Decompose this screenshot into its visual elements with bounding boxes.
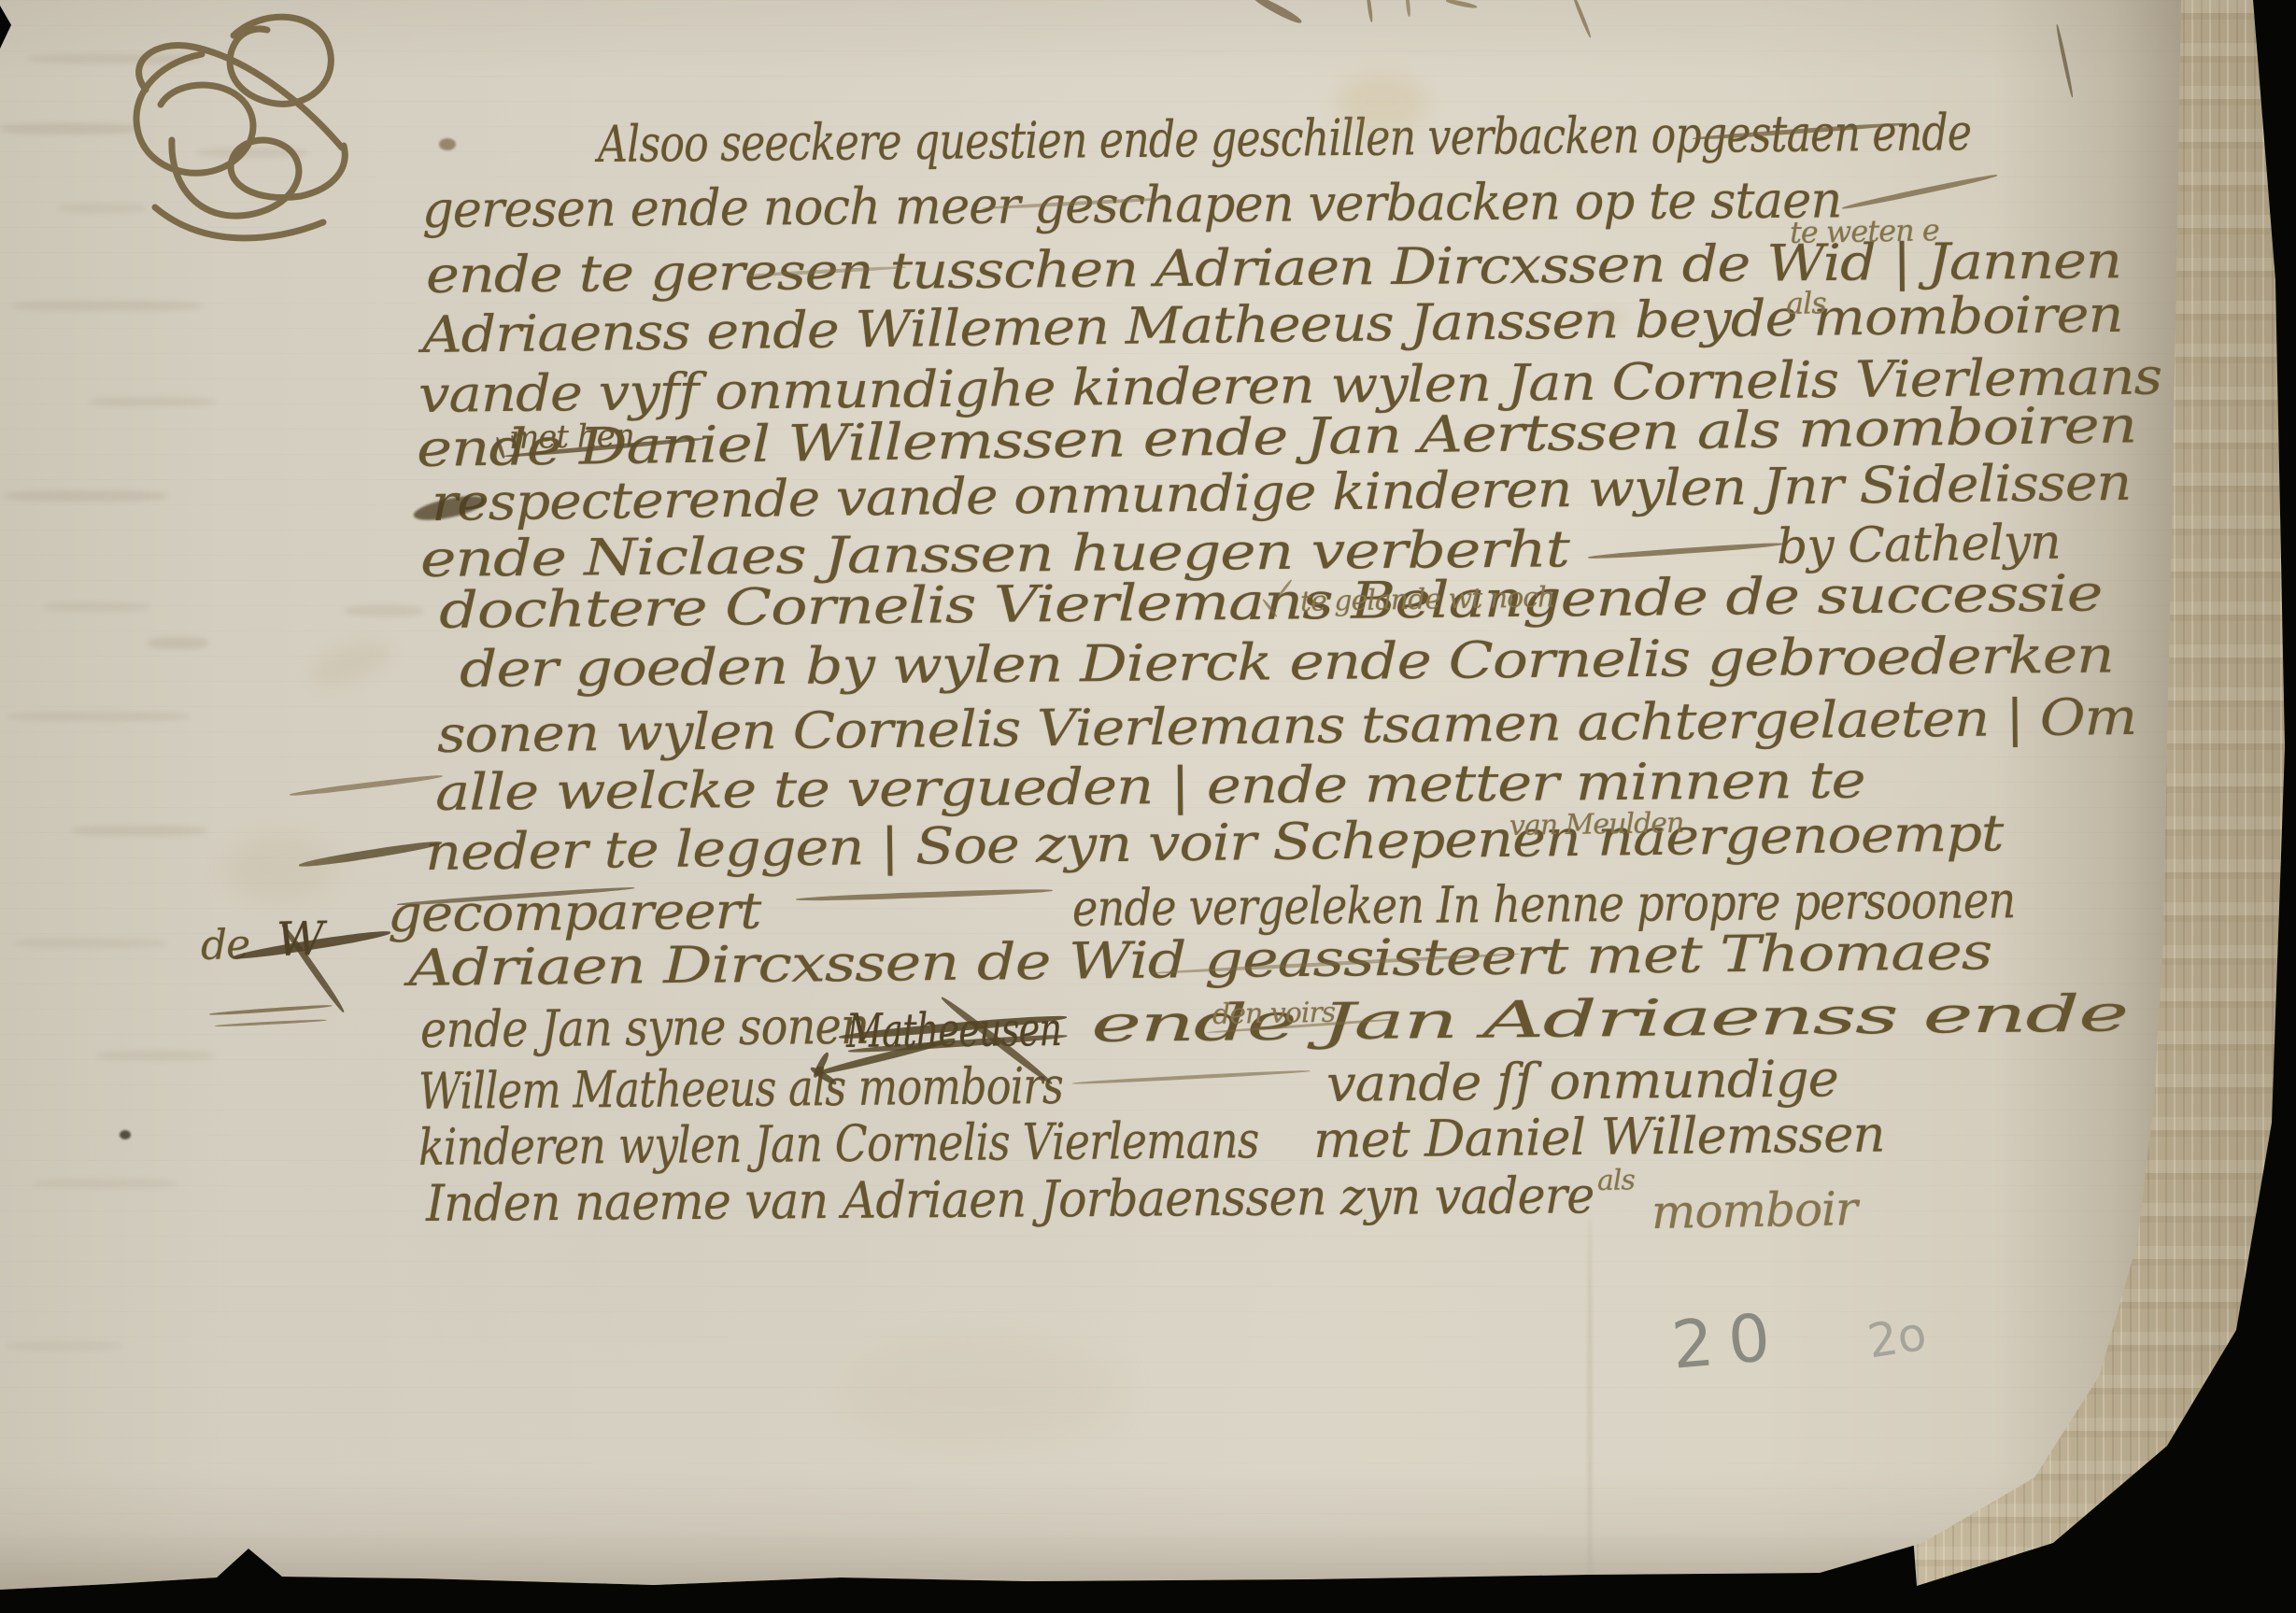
bleed-through-ghost	[196, 148, 308, 158]
ink-stroke	[1405, 0, 1411, 17]
interlinear-insertion: als	[1786, 285, 1826, 321]
ink-stroke	[209, 1004, 333, 1016]
manuscript-line: ende Jan syne sonen	[420, 996, 869, 1058]
manuscript-line: Inden naeme van Adriaen Jorbaenssen zyn …	[426, 1166, 1594, 1233]
bleed-through-ghost	[28, 54, 201, 64]
ink-stain	[224, 833, 336, 904]
bleed-through-ghost	[344, 605, 423, 616]
ink-stain	[841, 1336, 1121, 1448]
interlinear-insertion: van Meulden	[1509, 807, 1684, 842]
bleed-through-ghost	[4, 490, 167, 502]
ink-stroke	[1366, 0, 1373, 22]
ink-stroke	[1252, 0, 1303, 26]
bleed-through-ghost	[34, 1179, 178, 1188]
bleed-through-ghost	[71, 826, 206, 836]
bleed-through-ghost	[97, 1051, 214, 1060]
interlinear-insertion: te weten e	[1790, 212, 1939, 250]
ink-stain	[439, 138, 456, 150]
ink-stroke	[796, 887, 1053, 902]
manuscript-page: Alsoo seeckere questien ende geschillen …	[0, 0, 2296, 1613]
ink-stain	[120, 1130, 131, 1139]
manuscript-line: geresen ende noch meer geschapen verback…	[422, 170, 1842, 239]
pencil-annotation-secondary: 2o	[1864, 1307, 1930, 1369]
interlinear-insertion: te gelande wt noch	[1300, 582, 1555, 619]
ink-stroke	[215, 1019, 327, 1027]
interlinear-insertion: de	[201, 921, 250, 969]
interlinear-insertion: als	[1597, 1165, 1635, 1198]
ink-stain	[305, 631, 396, 695]
manuscript-line: vande ſſ onmundige	[1326, 1049, 1838, 1113]
bleed-through-ghost	[148, 637, 208, 649]
ink-stroke	[1841, 173, 1998, 211]
interlinear-insertion: momboir	[1651, 1181, 1857, 1239]
bleed-through-ghost	[6, 1341, 122, 1351]
manuscript-photo: Alsoo seeckere questien ende geschillen …	[0, 0, 2296, 1613]
calligraphic-initial-flourish	[114, 4, 376, 256]
bleed-through-ghost	[11, 301, 203, 311]
ink-stain	[1588, 310, 1625, 325]
ink-stroke	[1571, 0, 1592, 38]
bleed-through-ghost	[7, 712, 190, 721]
ink-stroke	[290, 773, 444, 798]
page-bottom-shadow	[0, 1529, 2186, 1594]
ink-stroke	[1072, 1069, 1311, 1085]
bleed-through-ghost	[0, 123, 140, 134]
manuscript-line: Alsoo seeckere questien ende geschillen …	[598, 103, 1972, 174]
ink-stroke	[1588, 541, 1784, 560]
ink-stain	[1336, 73, 1429, 133]
bleed-through-ghost	[13, 939, 167, 948]
ink-stroke	[1589, 1216, 1592, 1590]
bleed-through-ghost	[58, 204, 147, 213]
bleed-through-ghost	[43, 602, 150, 612]
manuscript-line: Willem Matheeus als momboirs	[418, 1055, 1064, 1120]
manuscript-line: met Daniel Willemssen	[1313, 1104, 1885, 1168]
manuscript-line: kinderen wylen Jan Cornelis Vierlemans	[418, 1111, 1259, 1177]
bleed-through-ghost	[89, 397, 215, 406]
ink-stroke	[1445, 0, 1477, 9]
pencil-annotation: 20	[1668, 1298, 1788, 1384]
manuscript-line: sonen wylen Cornelis Vierlemans tsamen a…	[437, 686, 2137, 763]
interlinear-insertion: by Cathelyn	[1776, 514, 2061, 574]
